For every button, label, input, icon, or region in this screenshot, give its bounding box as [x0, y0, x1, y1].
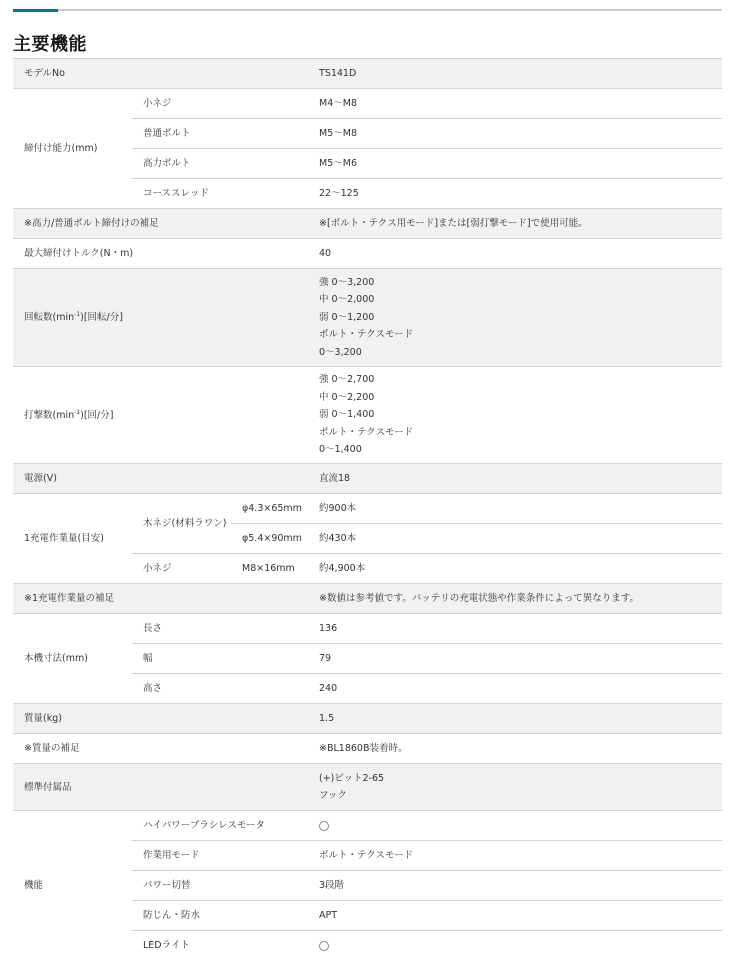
- spec-value: M5〜M8: [308, 119, 722, 149]
- spec-value: M4〜M8: [308, 89, 722, 119]
- spec-value: ボルト・テクスモード: [308, 841, 722, 871]
- spec-value: 22〜125: [308, 179, 722, 209]
- spec-sublabel: 幅: [132, 644, 308, 674]
- spec-value: 79: [308, 644, 722, 674]
- spec-value-list: 強 0〜2,700 中 0〜2,200 弱 0〜1,400 ボルト・テクスモード…: [308, 367, 722, 464]
- section-divider: [13, 9, 722, 11]
- spec-sublabel: ハイパワーブラシレスモータ: [132, 811, 308, 841]
- spec-sublabel: 作業用モード: [132, 841, 308, 871]
- spec-label: ※1充電作業量の補足: [13, 584, 308, 614]
- spec-value-list: (+)ビット2-65 フック: [308, 764, 722, 811]
- spec-sublabel: 高さ: [132, 674, 308, 704]
- spec-label: 電源(V): [13, 464, 308, 494]
- table-row-rotation: 回転数(min-1)[回転/分] 強 0〜3,200 中 0〜2,000 弱 0…: [13, 269, 722, 367]
- spec-sublabel: 小ネジ: [132, 554, 231, 584]
- table-row-features: 機能 ハイパワーブラシレスモータ: [13, 811, 722, 841]
- circle-icon: [319, 821, 329, 831]
- spec-value: 約900本: [308, 494, 722, 524]
- spec-value: TS141D: [308, 59, 722, 89]
- spec-value: M5〜M6: [308, 149, 722, 179]
- spec-sublabel: 長さ: [132, 614, 308, 644]
- spec-sublabel: 高力ボルト: [132, 149, 308, 179]
- table-row-max-torque: 最大締付けトルク(N・m) 40: [13, 239, 722, 269]
- spec-label: 本機寸法(mm): [13, 614, 132, 704]
- table-row-work-note: ※1充電作業量の補足 ※数値は参考値です。バッテリの充電状態や作業条件によって異…: [13, 584, 722, 614]
- table-row-mass: 質量(kg) 1.5: [13, 704, 722, 734]
- circle-icon: [319, 941, 329, 951]
- spec-label: 最大締付けトルク(N・m): [13, 239, 308, 269]
- spec-value: 136: [308, 614, 722, 644]
- table-row-impact: 打撃数(min-1)[回/分] 強 0〜2,700 中 0〜2,200 弱 0〜…: [13, 367, 722, 464]
- spec-value: 40: [308, 239, 722, 269]
- spec-value: ※数値は参考値です。バッテリの充電状態や作業条件によって異なります。: [308, 584, 722, 614]
- table-row-accessories: 標準付属品 (+)ビット2-65 フック: [13, 764, 722, 811]
- table-row-fastening: 締付け能力(mm) 小ネジ M4〜M8: [13, 89, 722, 119]
- spec-value: [308, 931, 722, 953]
- spec-sublabel: パワー切替: [132, 871, 308, 901]
- spec-size: φ4.3×65mm: [231, 494, 308, 524]
- table-row-work-per-charge: 1充電作業量(目安) 木ネジ(材料ラワン) φ4.3×65mm 約900本: [13, 494, 722, 524]
- spec-value: ※[ボルト・テクス用モード]または[弱打撃モード]で使用可能。: [308, 209, 722, 239]
- spec-label: ※高力/普通ボルト締付けの補足: [13, 209, 308, 239]
- spec-value: 直流18: [308, 464, 722, 494]
- spec-label: 回転数(min-1)[回転/分]: [13, 269, 308, 367]
- spec-value: 1.5: [308, 704, 722, 734]
- table-row-mass-note: ※質量の補足 ※BL1860B装着時。: [13, 734, 722, 764]
- spec-sublabel: 防じん・防水: [132, 901, 308, 931]
- spec-value: APT: [308, 901, 722, 931]
- spec-label: 締付け能力(mm): [13, 89, 132, 209]
- section-accent-bar: [13, 9, 58, 12]
- spec-label: 質量(kg): [13, 704, 308, 734]
- spec-label: 標準付属品: [13, 764, 308, 811]
- table-row-dimensions: 本機寸法(mm) 長さ 136: [13, 614, 722, 644]
- spec-sublabel: 普通ボルト: [132, 119, 308, 149]
- table-row-power: 電源(V) 直流18: [13, 464, 722, 494]
- page-title: 主要機能: [13, 30, 87, 56]
- spec-value: 約430本: [308, 524, 722, 554]
- spec-label: モデルNo: [13, 59, 308, 89]
- spec-sublabel: 小ネジ: [132, 89, 308, 119]
- table-row-model: モデルNo TS141D: [13, 59, 722, 89]
- spec-sublabel: 木ネジ(材料ラワン): [132, 494, 231, 554]
- spec-sublabel: コーススレッド: [132, 179, 308, 209]
- spec-value: 240: [308, 674, 722, 704]
- spec-size: M8×16mm: [231, 554, 308, 584]
- spec-label: 打撃数(min-1)[回/分]: [13, 367, 308, 464]
- spec-value: [308, 811, 722, 841]
- spec-value: 約4,900本: [308, 554, 722, 584]
- spec-value: 3段階: [308, 871, 722, 901]
- spec-value: ※BL1860B装着時。: [308, 734, 722, 764]
- spec-table: モデルNo TS141D 締付け能力(mm) 小ネジ M4〜M8 普通ボルト M…: [13, 58, 722, 953]
- spec-value-list: 強 0〜3,200 中 0〜2,000 弱 0〜1,200 ボルト・テクスモード…: [308, 269, 722, 367]
- table-row-fastening-note: ※高力/普通ボルト締付けの補足 ※[ボルト・テクス用モード]または[弱打撃モード…: [13, 209, 722, 239]
- spec-label: 1充電作業量(目安): [13, 494, 132, 584]
- spec-label: ※質量の補足: [13, 734, 308, 764]
- spec-sublabel: LEDライト: [132, 931, 308, 953]
- spec-label: 機能: [13, 811, 132, 953]
- spec-size: φ5.4×90mm: [231, 524, 308, 554]
